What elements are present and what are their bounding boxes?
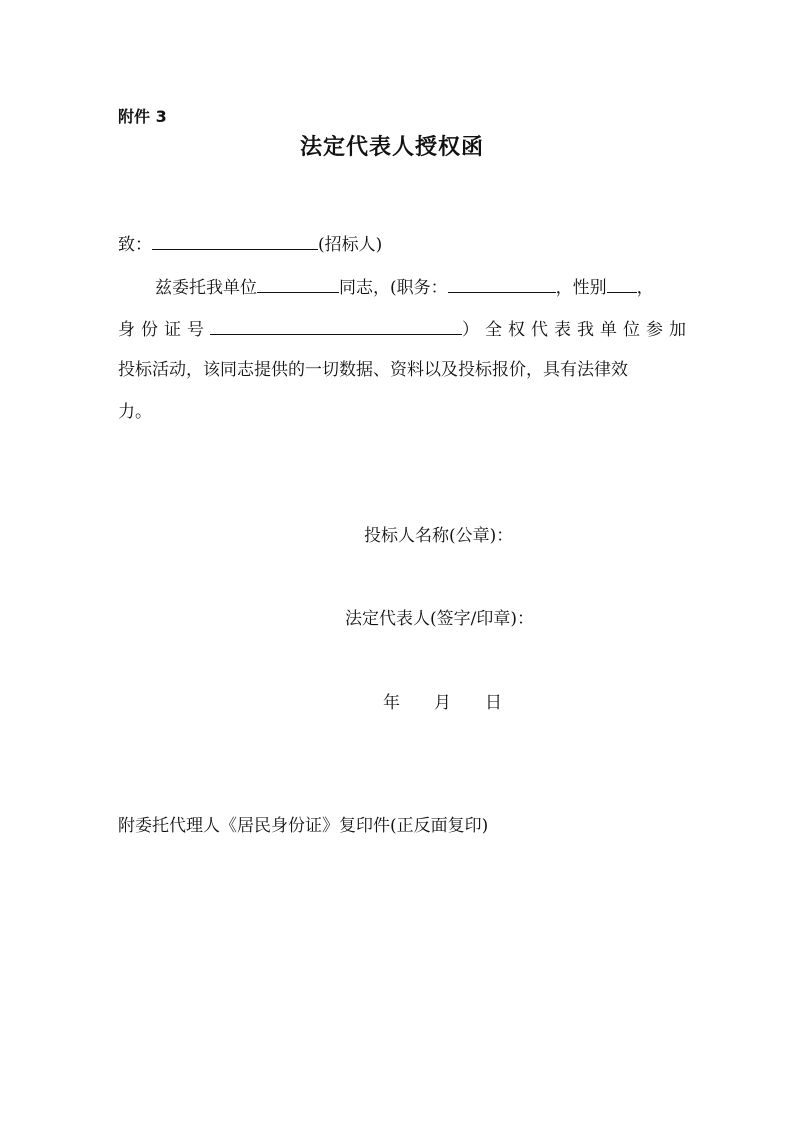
gender-blank[interactable]: [607, 276, 637, 293]
paragraph-line-1: 兹委托我单位同志，(职务：，性别，: [155, 273, 654, 298]
date-line: 年 月 日: [383, 688, 502, 713]
text-segment: 同志，(职务：: [339, 278, 448, 298]
bidder-name-label: 投标人名称(公章)：: [364, 521, 513, 546]
position-blank[interactable]: [448, 276, 556, 293]
document-title: 法定代表人授权函: [300, 130, 484, 161]
text-segment: 兹委托我单位: [155, 278, 257, 298]
attachment-label: 附件 3: [118, 104, 167, 127]
addressee-line: 致：(招标人): [118, 230, 382, 255]
paragraph-line-3: 投标活动，该同志提供的一切数据、资料以及投标报价，具有法律效: [118, 355, 628, 380]
footer-note: 附委托代理人《居民身份证》复印件(正反面复印): [118, 811, 488, 836]
addressee-suffix: (招标人): [318, 235, 382, 255]
id-number-blank[interactable]: [210, 318, 462, 335]
text-segment: ，性别: [556, 278, 607, 298]
legal-representative-label: 法定代表人(签字/印章)：: [345, 604, 534, 629]
paragraph-line-2: 身份证号）全权代表我单位参加: [118, 315, 692, 340]
text-segment: ）全权代表我单位参加: [462, 320, 692, 340]
text-segment: ，: [637, 278, 654, 298]
recipient-blank[interactable]: [152, 233, 318, 250]
paragraph-line-4: 力。: [118, 397, 152, 422]
delegate-name-blank[interactable]: [257, 276, 339, 293]
addressee-prefix: 致：: [118, 235, 152, 255]
text-segment: 身份证号: [118, 320, 210, 340]
